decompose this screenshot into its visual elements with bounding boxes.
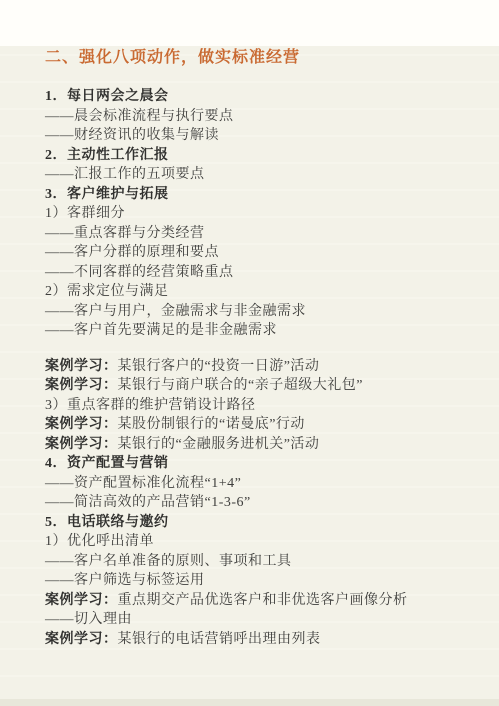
page-top-band [0, 0, 499, 46]
outline-line: ——客户分群的原理和要点 [45, 243, 469, 263]
outline-line: 2）需求定位与满足 [45, 282, 469, 302]
outline-line: ——财经资讯的收集与解读 [45, 126, 469, 146]
case-study-label: 案例学习： [45, 632, 118, 647]
outline-line: 1）客群细分 [45, 204, 469, 224]
outline-line: ——重点客群与分类经营 [45, 224, 469, 244]
case-study-text: 某银行的电话营销呼出理由列表 [118, 632, 321, 647]
case-study-label: 案例学习： [45, 417, 118, 432]
outline-line: 案例学习：某银行与商户联合的“亲子超级大礼包” [45, 376, 469, 396]
case-study-text: 某银行与商户联合的“亲子超级大礼包” [118, 378, 363, 393]
outline-line: ——客户筛选与标签运用 [45, 571, 469, 591]
case-study-label: 案例学习： [45, 437, 118, 452]
outline-line: ——晨会标准流程与执行要点 [45, 107, 469, 127]
case-study-label: 案例学习： [45, 593, 118, 608]
outline-line: ——客户首先要满足的是非金融需求 [45, 321, 469, 341]
document-page: 二、强化八项动作，做实标准经营 1．每日两会之晨会——晨会标准流程与执行要点——… [0, 0, 499, 706]
outline-line: ——简洁高效的产品营销“1-3-6” [45, 493, 469, 513]
outline-line: ——汇报工作的五项要点 [45, 165, 469, 185]
case-study-text: 某股份制银行的“诺曼底”行动 [118, 417, 305, 432]
outline-lines: 1．每日两会之晨会——晨会标准流程与执行要点——财经资讯的收集与解读2．主动性工… [45, 87, 469, 649]
case-study-text: 某银行的“金融服务进机关”活动 [118, 437, 320, 452]
outline-line: 1）优化呼出清单 [45, 532, 469, 552]
outline-line: ——资产配置标准化流程“1+4” [45, 474, 469, 494]
section-heading: 二、强化八项动作，做实标准经营 [45, 48, 469, 68]
outline-line: 5．电话联络与邀约 [45, 513, 469, 533]
case-study-text: 某银行客户的“投资一日游”活动 [118, 359, 320, 374]
outline-line: 案例学习：某银行客户的“投资一日游”活动 [45, 357, 469, 377]
outline-line: ——客户名单准备的原则、事项和工具 [45, 552, 469, 572]
case-study-text: 重点期交产品优选客户和非优选客户画像分析 [118, 593, 408, 608]
outline-line: 3）重点客群的维护营销设计路径 [45, 396, 469, 416]
outline-line: 3．客户维护与拓展 [45, 185, 469, 205]
outline-line: 案例学习：某银行的“金融服务进机关”活动 [45, 435, 469, 455]
outline-line: ——不同客群的经营策略重点 [45, 263, 469, 283]
outline-line: 4．资产配置与营销 [45, 454, 469, 474]
case-study-label: 案例学习： [45, 378, 118, 393]
outline-line: ——客户与用户，金融需求与非金融需求 [45, 302, 469, 322]
page-bottom-band [0, 699, 499, 706]
case-study-label: 案例学习： [45, 359, 118, 374]
outline-line: ——切入理由 [45, 610, 469, 630]
outline-line: 案例学习：某银行的电话营销呼出理由列表 [45, 630, 469, 650]
outline-line: 案例学习：某股份制银行的“诺曼底”行动 [45, 415, 469, 435]
outline-line: 案例学习：重点期交产品优选客户和非优选客户画像分析 [45, 591, 469, 611]
outline-line: 1．每日两会之晨会 [45, 87, 469, 107]
outline-line: 2．主动性工作汇报 [45, 146, 469, 166]
outline-line [45, 341, 469, 357]
